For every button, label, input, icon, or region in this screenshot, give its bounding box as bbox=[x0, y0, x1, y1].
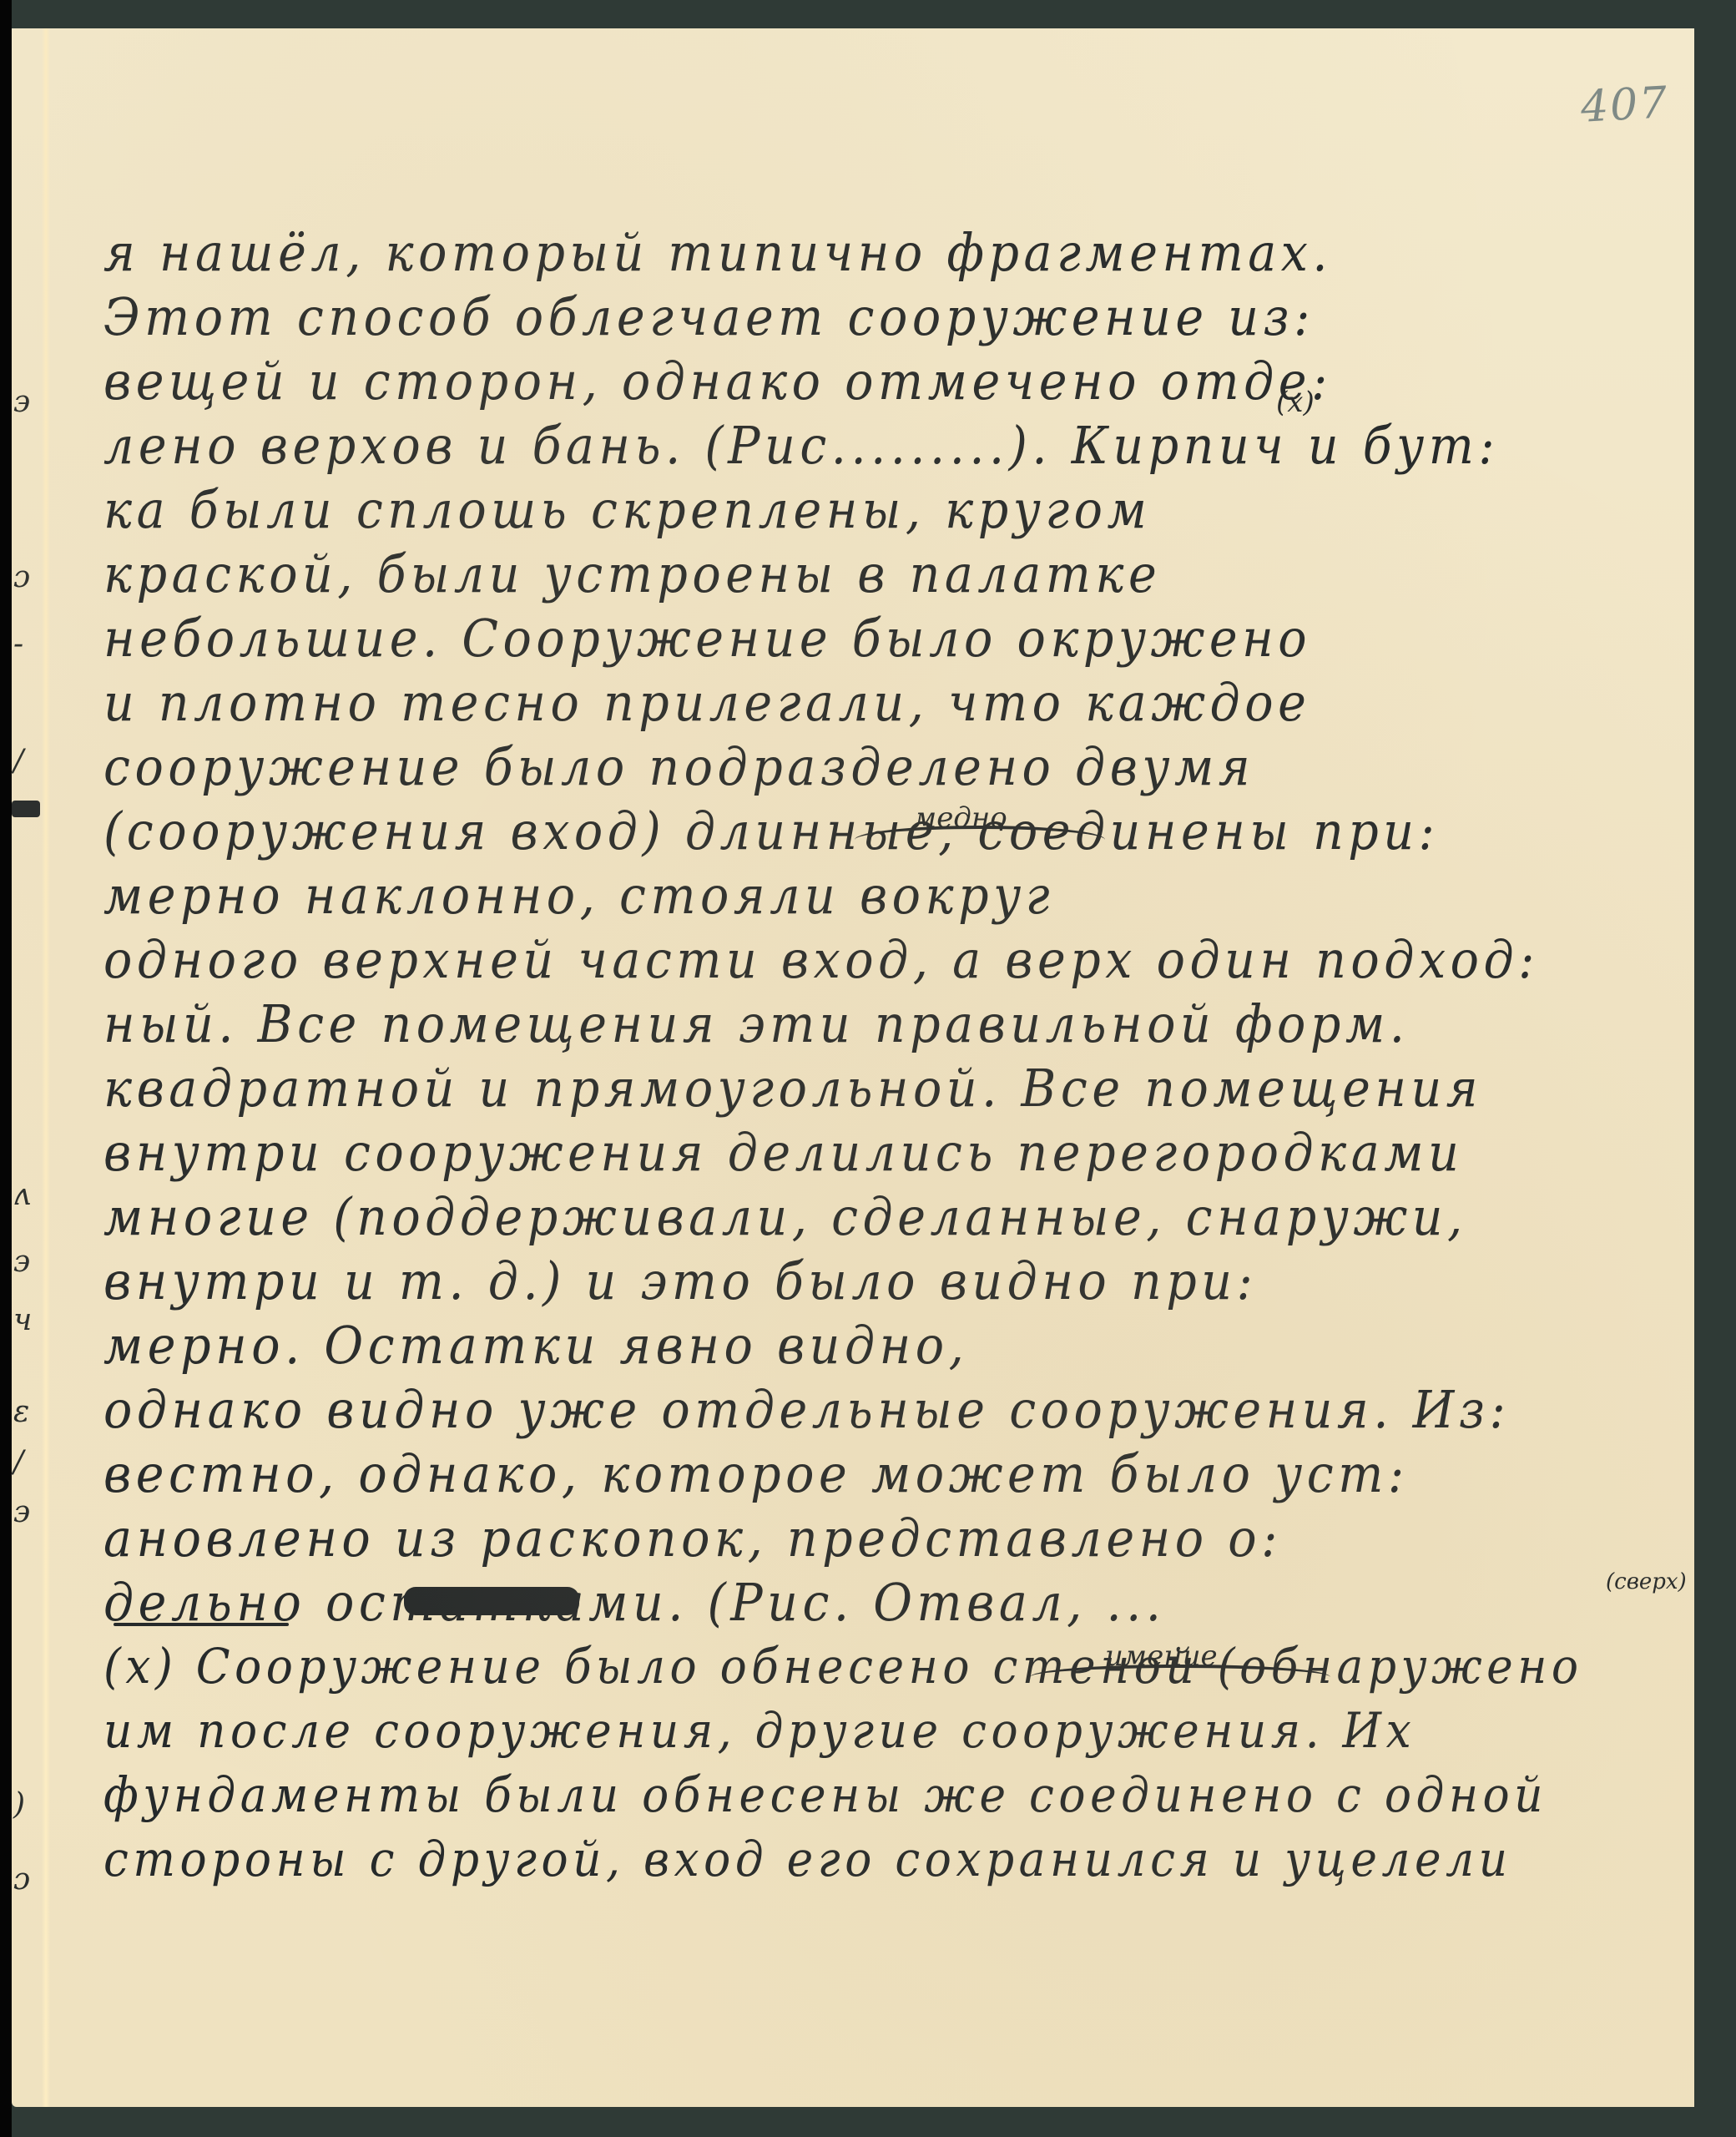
footnote-line: им после сооружения, другие сооружения. … bbox=[103, 1699, 1562, 1763]
manuscript-line: квадратной и прямоугольной. Все помещени… bbox=[103, 1056, 1562, 1120]
manuscript-line: сооружение было подразделено двумя bbox=[103, 735, 1562, 799]
manuscript-line: вещей и сторон, однако отмечено отде: bbox=[103, 349, 1562, 413]
margin-mark: ч bbox=[13, 1306, 32, 1336]
manuscript-line: вестно, однако, которое может было уст: bbox=[103, 1442, 1562, 1506]
margin-mark: ε bbox=[13, 1397, 29, 1427]
margin-mark: э bbox=[13, 387, 30, 417]
margin-mark: э bbox=[13, 1247, 30, 1277]
manuscript-line: одного верхней части вход, а верх один п… bbox=[103, 927, 1562, 992]
manuscript-scan: э ɔ - / ʌ э ч ε / э ) ɔ 407 я нашёл, кот… bbox=[0, 0, 1736, 2137]
margin-mark: ɔ bbox=[13, 563, 30, 593]
manuscript-line: Этот способ облегчает сооружение из: bbox=[103, 285, 1562, 349]
footnote-separator-rule bbox=[114, 1623, 289, 1626]
margin-mark: ʌ bbox=[13, 1180, 30, 1210]
manuscript-line: я нашёл, который типично фрагментах. bbox=[103, 220, 1562, 285]
struck-out-word bbox=[404, 1587, 579, 1615]
insertion-caret-stroke bbox=[855, 826, 1105, 854]
manuscript-line: многие (поддерживали, сделанные, снаружи… bbox=[103, 1185, 1562, 1249]
margin-ink-blot bbox=[12, 801, 40, 817]
left-margin-marks-from-facing-page: э ɔ - / ʌ э ч ε / э ) ɔ bbox=[12, 28, 45, 2107]
manuscript-line: мерно. Остатки явно видно, bbox=[103, 1313, 1562, 1377]
manuscript-line: ановлено из раскопок, представлено о: bbox=[103, 1506, 1562, 1570]
margin-mark: э bbox=[13, 1498, 30, 1528]
folio-number: 407 bbox=[1580, 78, 1670, 132]
manuscript-line: (сооружения вход) длинные, соединены при… bbox=[103, 799, 1562, 863]
manuscript-line: и плотно тесно прилегали, что каждое bbox=[103, 670, 1562, 735]
manuscript-page: э ɔ - / ʌ э ч ε / э ) ɔ 407 я нашёл, кот… bbox=[12, 28, 1694, 2107]
margin-mark: - bbox=[13, 629, 23, 659]
margin-mark: / bbox=[13, 1447, 23, 1478]
manuscript-body-text: я нашёл, который типично фрагментах. Это… bbox=[103, 220, 1689, 1892]
manuscript-line: краской, были устроены в палатке bbox=[103, 542, 1562, 606]
manuscript-line: внутри сооружения делились перегородками bbox=[103, 1120, 1562, 1185]
margin-mark: ) bbox=[13, 1790, 25, 1820]
manuscript-line: внутри и т. д.) и это было видно при: bbox=[103, 1249, 1562, 1313]
manuscript-line: небольшие. Сооружение было окружено bbox=[103, 606, 1562, 670]
manuscript-line: лено верхов и бань. (Рис.........). Кирп… bbox=[103, 413, 1562, 477]
footnote-line: фундаменты были обнесены же соединено с … bbox=[103, 1763, 1562, 1827]
manuscript-line: однако видно уже отдельные сооружения. И… bbox=[103, 1377, 1562, 1442]
insertion-caret-stroke bbox=[1030, 1665, 1330, 1690]
margin-mark: / bbox=[13, 746, 23, 776]
interlinear-insertion: (сверх) bbox=[1606, 1569, 1687, 1594]
manuscript-line: ный. Все помещения эти правильной форм. bbox=[103, 992, 1562, 1056]
footnote-reference-marker: (x) bbox=[1276, 386, 1315, 419]
footnote-line: (x) Сооружение было обнесено стеной (обн… bbox=[103, 1634, 1562, 1699]
manuscript-line: дельно остатками. (Рис. Отвал, ... bbox=[103, 1570, 1562, 1634]
scan-left-edge-shadow bbox=[0, 0, 12, 2137]
manuscript-line: ка были сплошь скреплены, кругом bbox=[103, 477, 1562, 542]
manuscript-line: мерно наклонно, стояли вокруг bbox=[103, 863, 1562, 927]
footnote-line: стороны с другой, вход его сохранился и … bbox=[103, 1827, 1562, 1892]
margin-mark: ɔ bbox=[13, 1865, 30, 1895]
